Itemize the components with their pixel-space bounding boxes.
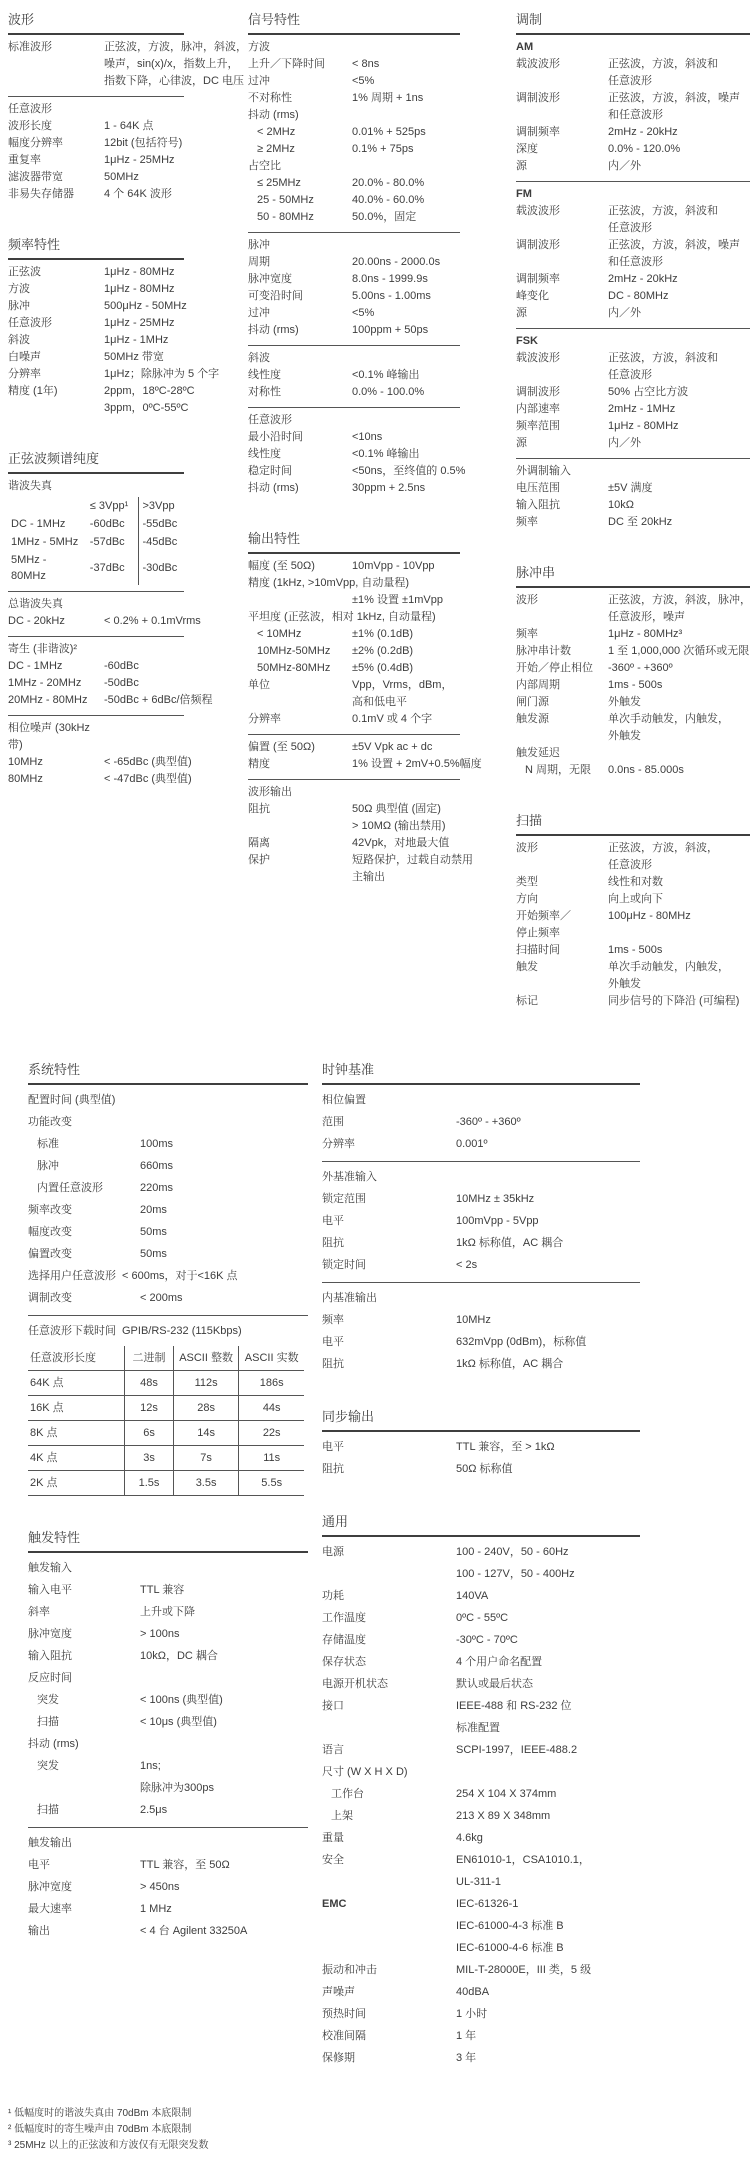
spec-label: 频率 — [516, 514, 608, 531]
spec-row: 振动和冲击MIL-T-28000E，III 类，5 级 — [322, 1959, 640, 1981]
spec-row: 触发输入 — [28, 1557, 308, 1579]
spec-value: 1μHz；除脉冲为 5 个字 — [104, 366, 184, 383]
spec-value: 100ms — [140, 1133, 308, 1155]
spec-value-line: 10mVpp - 10Vpp — [352, 558, 460, 575]
spec-label: 预热时间 — [322, 2003, 456, 2025]
spec-value: 1kΩ 标称值，AC 耦合 — [456, 1353, 640, 1375]
spec-row: 过冲<5% — [248, 73, 460, 90]
spec-label: 锁定范围 — [322, 1188, 456, 1210]
table-header-cell: ASCII 整数 — [173, 1346, 239, 1371]
spec-label: 安全 — [322, 1849, 456, 1871]
spec-value-line: > 10MΩ (输出禁用) — [352, 818, 460, 835]
column-signal-output: 信号特性方波上升／下降时间< 8ns过冲<5%不对称性1% 周期 + 1ns抖动… — [248, 12, 460, 920]
spec-group: 外调制输入电压范围±5V 满度输入阻抗10kΩ频率DC 至 20kHz — [516, 458, 750, 537]
spec-row: 电平TTL 兼容，至 50Ω — [28, 1854, 308, 1876]
spec-value: 30ppm + 2.5ns — [352, 480, 460, 497]
spec-row: 范围-360º - +360º — [322, 1111, 640, 1133]
spec-label: 过冲 — [248, 73, 352, 90]
spec-value-line: 单次手动触发，内触发， — [608, 959, 750, 976]
spec-group: 正弦波1μHz - 80MHz方波1μHz - 80MHz脉冲500μHz - … — [8, 260, 184, 423]
spec-group: 总谐波失真DC - 20kHz< 0.2% + 0.1mVrms — [8, 591, 184, 636]
spec-value-line: 高和低电平 — [352, 694, 460, 711]
spec-label: 输入阻抗 — [28, 1645, 140, 1667]
spec-label: 线性度 — [248, 446, 352, 463]
spec-value-line: 任意波形，噪声 — [608, 609, 750, 626]
spec-value-line: 0.1mV 或 4 个字 — [352, 711, 460, 728]
column-system-trigger: 系统特性配置时间 (典型值)功能改变标准100ms脉冲660ms内置任意波形22… — [28, 1062, 308, 1976]
spec-section: 系统特性配置时间 (典型值)功能改变标准100ms脉冲660ms内置任意波形22… — [28, 1062, 308, 1502]
spec-value-line: 1 年 — [456, 2025, 640, 2047]
spec-value-line: 同步信号的下降沿 (可编程) — [608, 993, 750, 1010]
table-cell: -30dBc — [139, 551, 184, 585]
section-title: 扫描 — [516, 813, 750, 836]
spec-value-line: 5.00ns - 1.00ms — [352, 288, 460, 305]
spec-value-line: 任意波形 — [608, 220, 750, 237]
datasheet-page: 波形标准波形正弦波，方波，脉冲，斜波，噪声，sin(x)/x，指数上升，指数下降… — [0, 0, 750, 2183]
spec-group: 相位噪声 (30kHz 带)10MHz< -65dBc (典型值)80MHz< … — [8, 715, 184, 794]
spec-label: 方波 — [8, 281, 104, 298]
table-cell: 2K 点 — [28, 1471, 125, 1496]
spec-label: 80MHz — [8, 771, 104, 788]
spec-value: 0.1% + 75ps — [352, 141, 460, 158]
spec-label: ≤ 25MHz — [248, 175, 352, 192]
spec-label: 斜波 — [248, 350, 352, 367]
spec-value: <0.1% 峰输出 — [352, 446, 460, 463]
spec-value-line: 正弦波，方波，斜波和 — [608, 56, 750, 73]
spec-label: 内部周期 — [516, 677, 608, 694]
spec-row: 电平TTL 兼容，至 > 1kΩ — [322, 1436, 640, 1458]
spec-value-line: 1 - 64K 点 — [104, 118, 184, 135]
spec-value: < 600ms，对于<16K 点 — [122, 1265, 308, 1287]
table-header-row: ≤ 3Vpp¹>3Vpp — [8, 497, 184, 515]
section-title: 同步输出 — [322, 1409, 640, 1432]
spec-group: 波形正弦波，方波，斜波，脉冲，任意波形，噪声频率1μHz - 80MHz³脉冲串… — [516, 588, 750, 785]
table-header-cell — [8, 497, 87, 515]
spec-row: 电平100mVpp - 5Vpp — [322, 1210, 640, 1232]
spec-label: 标准波形 — [8, 39, 104, 56]
spec-group: 脉冲周期20.00ns - 2000.0s脉冲宽度8.0ns - 1999.9s… — [248, 232, 460, 345]
spec-value-line: TTL 兼容，至 50Ω — [140, 1854, 308, 1876]
spec-value: 0.0% - 120.0% — [608, 141, 750, 158]
spec-label: 扫描时间 — [516, 942, 608, 959]
spec-row: 类型线性和对数 — [516, 874, 750, 891]
spec-row: 触发源单次手动触发，内触发，外触发 — [516, 711, 750, 745]
spec-row: 工作台254 X 104 X 374mm — [322, 1783, 640, 1805]
spec-value-line: GPIB/RS-232 (115Kbps) — [122, 1320, 308, 1342]
spec-value: 1 MHz — [140, 1898, 308, 1920]
spec-label: 闸门源 — [516, 694, 608, 711]
spec-value-line: < -65dBc (典型值) — [104, 754, 184, 771]
spec-value-line: 1ns; — [140, 1755, 308, 1777]
spec-row: 扫描时间1ms - 500s — [516, 942, 750, 959]
spec-group: 波形正弦波，方波，斜波，任意波形类型线性和对数方向向上或向下开始频率／100μH… — [516, 836, 750, 1016]
spec-value: < 200ms — [140, 1287, 308, 1309]
spec-value-line: 主输出 — [352, 869, 460, 886]
spec-value-line: 标准配置 — [456, 1717, 640, 1739]
spec-value: 100ppm + 50ps — [352, 322, 460, 339]
spec-value-line: 140VA — [456, 1585, 640, 1607]
spec-row: 总谐波失真 — [8, 596, 184, 613]
spec-label: 脉冲宽度 — [248, 271, 352, 288]
spec-value-line: 500μHz - 50MHz — [104, 298, 184, 315]
spec-value: > 450ns — [140, 1876, 308, 1898]
spec-row: 调制波形50% 占空比方波 — [516, 384, 750, 401]
spec-value-line: 噪声，sin(x)/x，指数上升， — [104, 56, 184, 73]
spec-label: 调制频率 — [516, 124, 608, 141]
footnote-1: ¹ 低幅度时的谐波失真由 70dBm 本底限制 — [8, 2106, 209, 2122]
spec-value-line: < 0.2% + 0.1mVrms — [104, 613, 184, 630]
spec-row: 工作温度0ºC - 55ºC — [322, 1607, 640, 1629]
spec-group: 幅度 (至 50Ω)10mVpp - 10Vpp精度 (1kHz, >10mVp… — [248, 554, 460, 734]
spec-row: 输入阻抗10kΩ — [516, 497, 750, 514]
spec-row: 1MHz - 20MHz-50dBc — [8, 675, 184, 692]
spec-value-line: 正弦波，方波，斜波，噪声 — [608, 237, 750, 254]
spec-value: 正弦波，方波，斜波和任意波形 — [608, 203, 750, 237]
spec-value: < 10μs (典型值) — [140, 1711, 308, 1733]
spec-row: 方向向上或向下 — [516, 891, 750, 908]
spec-label: 调制改变 — [28, 1287, 140, 1309]
spec-label: EMC — [322, 1893, 456, 1915]
spec-label: 占空比 — [248, 158, 352, 175]
spec-label: AM — [516, 39, 608, 56]
spec-row: 分辨率0.1mV 或 4 个字 — [248, 711, 460, 728]
table-body: 64K 点48s112s186s16K 点12s28s44s8K 点6s14s2… — [28, 1371, 304, 1496]
spec-row: 对称性0.0% - 100.0% — [248, 384, 460, 401]
spec-row: 频率10MHz — [322, 1309, 640, 1331]
spec-value-line: -30ºC - 70ºC — [456, 1629, 640, 1651]
spec-row: 单位Vpp，Vrms，dBm，高和低电平 — [248, 677, 460, 711]
spec-value-line: 除脉冲为300ps — [140, 1777, 308, 1799]
spec-value: 1 - 64K 点 — [104, 118, 184, 135]
spec-row: 波形输出 — [248, 784, 460, 801]
spec-value: 4 个用户命名配置 — [456, 1651, 640, 1673]
spec-label: ≥ 2MHz — [248, 141, 352, 158]
spec-group: 触发输出电平TTL 兼容，至 50Ω脉冲宽度> 450ns最大速率1 MHz输出… — [28, 1827, 308, 1948]
spec-value-line: DC - 80MHz — [608, 288, 750, 305]
spec-value: 50ms — [140, 1221, 308, 1243]
spec-group: FSK载波波形正弦波，方波，斜波和任意波形调制波形50% 占空比方波内部速率2m… — [516, 328, 750, 458]
spec-row: 任意波形 — [8, 101, 184, 118]
spec-label: DC - 1MHz — [8, 658, 104, 675]
table-header-cell: 二进制 — [125, 1346, 174, 1371]
spec-value: 正弦波，方波，斜波，噪声和任意波形 — [608, 237, 750, 271]
table-head: 任意波形长度二进制ASCII 整数ASCII 实数 — [28, 1346, 304, 1371]
spec-value: 20.00ns - 2000.0s — [352, 254, 460, 271]
column-modulation-burst-sweep: 调制AM载波波形正弦波，方波，斜波和任意波形调制波形正弦波，方波，斜波，噪声和任… — [516, 12, 750, 1044]
spec-value: 0.0ns - 85.000s — [608, 762, 750, 779]
spec-label: 工作台 — [322, 1783, 456, 1805]
spec-value: 正弦波，方波，斜波，噪声和任意波形 — [608, 90, 750, 124]
spec-value: 10MHz ± 35kHz — [456, 1188, 640, 1210]
spec-row: 精度 (1年)2ppm，18ºC-28ºC3ppm，0ºC-55ºC — [8, 383, 184, 417]
spec-group: 方波上升／下降时间< 8ns过冲<5%不对称性1% 周期 + 1ns抖动 (rm… — [248, 35, 460, 232]
spec-value-line: 0.0% - 120.0% — [608, 141, 750, 158]
spec-row: < 2MHz0.01% + 525ps — [248, 124, 460, 141]
spec-label: 精度 (1kHz, >10mVpp, 自动量程) — [248, 575, 409, 592]
spec-value: 1 年 — [456, 2025, 640, 2047]
spec-label: 尺寸 (W X H X D) — [322, 1761, 456, 1783]
spec-label: 电源开机状态 — [322, 1673, 456, 1695]
spec-label: 峰变化 — [516, 288, 608, 305]
spec-row: ≤ 25MHz20.0% - 80.0% — [248, 175, 460, 192]
spec-group: 相位偏置范围-360º - +360º分辨率0.001º — [322, 1085, 640, 1161]
spec-value-line: 内／外 — [608, 305, 750, 322]
spec-row: 标准波形正弦波，方波，脉冲，斜波，噪声，sin(x)/x，指数上升，指数下降，心… — [8, 39, 184, 90]
spec-value: 20ms — [140, 1199, 308, 1221]
spec-row: 内部周期1ms - 500s — [516, 677, 750, 694]
spec-row: 波形正弦波，方波，斜波，脉冲，任意波形，噪声 — [516, 592, 750, 626]
spec-value-line: 8.0ns - 1999.9s — [352, 271, 460, 288]
spec-value: GPIB/RS-232 (115Kbps) — [122, 1320, 308, 1342]
spec-section: 通用电源100 - 240V，50 - 60Hz100 - 127V，50 - … — [322, 1514, 640, 2075]
spec-value: -50dBc + 6dBc/倍频程 — [104, 692, 184, 709]
spec-value-line: ±5% (0.4dB) — [352, 660, 460, 677]
spec-value-line: 外触发 — [608, 728, 750, 745]
spec-row: 功能改变 — [28, 1111, 308, 1133]
spec-row: 寄生 (非谐波)² — [8, 641, 184, 658]
spec-row: 隔离42Vpk，对地最大值 — [248, 835, 460, 852]
table-cell: 6s — [125, 1421, 174, 1446]
spec-label: 调制频率 — [516, 271, 608, 288]
spec-row: DC - 1MHz-60dBc — [8, 658, 184, 675]
spec-label: 反应时间 — [28, 1667, 140, 1689]
spec-label: 外调制输入 — [516, 463, 608, 480]
spec-label: 任意波形 — [248, 412, 352, 429]
spec-row: 斜率上升或下降 — [28, 1601, 308, 1623]
spec-value: 50MHz 带宽 — [104, 349, 184, 366]
spec-value-line: 100ms — [140, 1133, 308, 1155]
spec-value: 50% 占空比方波 — [608, 384, 750, 401]
spec-value-line: 单次手动触发，内触发， — [608, 711, 750, 728]
spec-row: 开始频率／100μHz - 80MHz — [516, 908, 750, 925]
spec-label: 抖动 (rms) — [248, 322, 352, 339]
spec-value: 660ms — [140, 1155, 308, 1177]
column-waveforms: 波形标准波形正弦波，方波，脉冲，斜波，噪声，sin(x)/x，指数上升，指数下降… — [8, 12, 184, 822]
spec-value: 单次手动触发，内触发，外触发 — [608, 959, 750, 993]
spec-value: EN61010-1，CSA1010.1，UL-311-1 — [456, 1849, 640, 1893]
spec-value: <10ns — [352, 429, 460, 446]
section-title: 调制 — [516, 12, 750, 35]
spec-group: 内基准输出频率10MHz电平632mVpp (0dBm)，标称值阻抗1kΩ 标称… — [322, 1282, 640, 1381]
table-cell: 5MHz - 80MHz — [8, 551, 87, 585]
spec-label: 调制波形 — [516, 237, 608, 254]
spec-value-line: IEC-61326-1 — [456, 1893, 640, 1915]
spec-row: 幅度分辨率12bit (包括符号) — [8, 135, 184, 152]
spec-value-line: 任意波形 — [608, 73, 750, 90]
spec-row: 调制波形正弦波，方波，斜波，噪声和任意波形 — [516, 90, 750, 124]
spec-label: 偏置 (至 50Ω) — [248, 739, 352, 756]
spec-label: 存储温度 — [322, 1629, 456, 1651]
spec-label: 任意波形 — [8, 101, 104, 118]
spec-group: 标准波形正弦波，方波，脉冲，斜波，噪声，sin(x)/x，指数上升，指数下降，心… — [8, 35, 184, 96]
spec-row: 谐波失真 — [8, 478, 184, 495]
spec-row: 触发延迟 — [516, 745, 750, 762]
spec-label: 接口 — [322, 1695, 456, 1717]
spec-value: 1μHz - 80MHz — [104, 264, 184, 281]
spec-section: 同步输出电平TTL 兼容，至 > 1kΩ阻抗50Ω 标称值 — [322, 1409, 640, 1486]
spec-value-line: 20.00ns - 2000.0s — [352, 254, 460, 271]
spec-label: 20MHz - 80MHz — [8, 692, 104, 709]
spec-label: 调制波形 — [516, 384, 608, 401]
spec-label: 触发输入 — [28, 1557, 140, 1579]
spec-value: 50Ω 标称值 — [456, 1458, 640, 1480]
spec-row: 分辨率0.001º — [322, 1133, 640, 1155]
spec-value-line: UL-311-1 — [456, 1871, 640, 1893]
spec-value-line: 1μHz - 1MHz — [104, 332, 184, 349]
spec-row: 上升／下降时间< 8ns — [248, 56, 460, 73]
spec-value: 1ms - 500s — [608, 677, 750, 694]
spec-value-line: 默认或最后状态 — [456, 1673, 640, 1695]
spec-label: 声噪声 — [322, 1981, 456, 2003]
spec-row: 选择用户任意波形< 600ms，对于<16K 点 — [28, 1265, 308, 1287]
table-cell: 1MHz - 5MHz — [8, 533, 87, 551]
spec-value: 632mVpp (0dBm)，标称值 — [456, 1331, 640, 1353]
spec-value-line: < 8ns — [352, 56, 460, 73]
spec-value: < 2s — [456, 1254, 640, 1276]
spec-value-line: -360º - +360º — [456, 1111, 640, 1133]
spec-row: FM — [516, 186, 750, 203]
table-cell: 3.5s — [173, 1471, 239, 1496]
spec-label: 斜率 — [28, 1601, 140, 1623]
spec-value-line: 50Ω 标称值 — [456, 1458, 640, 1480]
spec-value: -50dBc — [104, 675, 184, 692]
spec-value: 1 至 1,000,000 次循环或无限 — [608, 643, 750, 660]
table-cell: -57dBc — [87, 533, 139, 551]
spec-row: 停止频率 — [516, 925, 750, 942]
spec-row: 偏置 (至 50Ω)±5V Vpk ac + dc — [248, 739, 460, 756]
spec-label: 输出 — [28, 1920, 140, 1942]
spec-row: 功耗140VA — [322, 1585, 640, 1607]
spec-value: <5% — [352, 73, 460, 90]
spec-label: 阻抗 — [322, 1232, 456, 1254]
spec-value-line: <5% — [352, 305, 460, 322]
spec-row: 脉冲 — [248, 237, 460, 254]
spec-value-line: 20.0% - 80.0% — [352, 175, 460, 192]
spec-value: 内／外 — [608, 435, 750, 452]
spec-value-line: 50ms — [140, 1221, 308, 1243]
spec-value: ±5V Vpk ac + dc — [352, 739, 460, 756]
spec-row: 反应时间 — [28, 1667, 308, 1689]
spec-value: 内／外 — [608, 305, 750, 322]
table-cell: 22s — [239, 1421, 304, 1446]
spec-value: 1% 设置 + 2mV+0.5%幅度 — [352, 756, 460, 773]
spec-value-line: 1 至 1,000,000 次循环或无限 — [608, 643, 750, 660]
spec-value-line: 内／外 — [608, 435, 750, 452]
spec-value: 3 年 — [456, 2047, 640, 2069]
spec-value: 40dBA — [456, 1981, 640, 2003]
spec-row: EMCIEC-61326-1IEC-61000-4-3 标准 BIEC-6100… — [322, 1893, 640, 1959]
spec-row: 深度0.0% - 120.0% — [516, 141, 750, 158]
spec-label: 调制波形 — [516, 90, 608, 107]
spec-row: AM — [516, 39, 750, 56]
spec-row: 载波波形正弦波，方波，斜波和任意波形 — [516, 350, 750, 384]
spec-row: ±1% 设置 ±1mVpp — [248, 592, 460, 609]
footnote-2: ² 低幅度时的寄生噪声由 70dBm 本底限制 — [8, 2122, 209, 2138]
spec-section: 时钟基准相位偏置范围-360º - +360º分辨率0.001º外基准输入锁定范… — [322, 1062, 640, 1381]
spec-row: FSK — [516, 333, 750, 350]
spec-value: 100mVpp - 5Vpp — [456, 1210, 640, 1232]
spec-row: 任意波形下载时间GPIB/RS-232 (115Kbps) — [28, 1320, 308, 1342]
spec-value-line: IEEE-488 和 RS-232 位 — [456, 1695, 640, 1717]
spec-row: 偏置改变50ms — [28, 1243, 308, 1265]
spec-label: 类型 — [516, 874, 608, 891]
spec-row: 50MHz-80MHz±5% (0.4dB) — [248, 660, 460, 677]
spec-value-line: 220ms — [140, 1177, 308, 1199]
spec-row: 阻抗1kΩ 标称值，AC 耦合 — [322, 1232, 640, 1254]
spec-label: DC - 20kHz — [8, 613, 104, 630]
spec-value: 140VA — [456, 1585, 640, 1607]
spec-row: 调制波形正弦波，方波，斜波，噪声和任意波形 — [516, 237, 750, 271]
spec-value-line: < 4 台 Agilent 33250A — [140, 1920, 308, 1942]
spec-row: 50 - 80MHz50.0%，固定 — [248, 209, 460, 226]
spec-row: 突发< 100ns (典型值) — [28, 1689, 308, 1711]
spec-label: 内基准输出 — [322, 1287, 456, 1309]
spec-value-line: 213 X 89 X 348mm — [456, 1805, 640, 1827]
spec-row: 10MHz< -65dBc (典型值) — [8, 754, 184, 771]
spec-value: 50MHz — [104, 169, 184, 186]
spec-label: 源 — [516, 435, 608, 452]
spec-value-line: 正弦波，方波，脉冲，斜波， — [104, 39, 184, 56]
spec-value-line: 线性和对数 — [608, 874, 750, 891]
spec-value-line: 1μHz - 80MHz³ — [608, 626, 750, 643]
spec-label: < 2MHz — [248, 124, 352, 141]
spec-value: 5.00ns - 1.00ms — [352, 288, 460, 305]
spec-label: 滤波器带宽 — [8, 169, 104, 186]
spec-row: 白噪声50MHz 带宽 — [8, 349, 184, 366]
spec-label: 对称性 — [248, 384, 352, 401]
spec-label: 波形长度 — [8, 118, 104, 135]
spec-label: 上升／下降时间 — [248, 56, 352, 73]
spec-label: 脉冲 — [28, 1155, 140, 1177]
spec-value-line: 254 X 104 X 374mm — [456, 1783, 640, 1805]
table-cell: 16K 点 — [28, 1396, 125, 1421]
spec-label: 工作温度 — [322, 1607, 456, 1629]
column-clock-sync-general: 时钟基准相位偏置范围-360º - +360º分辨率0.001º外基准输入锁定范… — [322, 1062, 640, 2103]
spec-label: 功耗 — [322, 1585, 456, 1607]
spec-group: 任意波形下载时间GPIB/RS-232 (115Kbps)任意波形长度二进制AS… — [28, 1315, 308, 1502]
spec-row: 配置时间 (典型值) — [28, 1089, 308, 1111]
spec-value: 10mVpp - 10Vpp — [352, 558, 460, 575]
spec-row: 脉冲660ms — [28, 1155, 308, 1177]
spec-value-line: 2mHz - 1MHz — [608, 401, 750, 418]
spec-label: 可变沿时间 — [248, 288, 352, 305]
spec-value: 0.0% - 100.0% — [352, 384, 460, 401]
spec-row: 重复率1μHz - 25MHz — [8, 152, 184, 169]
spec-value-line: 1 MHz — [140, 1898, 308, 1920]
section-title: 时钟基准 — [322, 1062, 640, 1085]
spec-label: 10MHz — [8, 754, 104, 771]
spec-value: 正弦波，方波，斜波，任意波形 — [608, 840, 750, 874]
spec-row: 抖动 (rms)100ppm + 50ps — [248, 322, 460, 339]
table-cell: 3s — [125, 1446, 174, 1471]
spec-label: 标记 — [516, 993, 608, 1010]
spec-value-line: 2mHz - 20kHz — [608, 271, 750, 288]
spec-value: 1μHz - 25MHz — [104, 152, 184, 169]
spec-value-line: 外触发 — [608, 976, 750, 993]
spec-group: FM载波波形正弦波，方波，斜波和任意波形调制波形正弦波，方波，斜波，噪声和任意波… — [516, 181, 750, 328]
spec-row: 电压范围±5V 满度 — [516, 480, 750, 497]
spec-value: -60dBc — [104, 658, 184, 675]
section-title: 输出特性 — [248, 531, 460, 554]
spec-value: 50ms — [140, 1243, 308, 1265]
table-row: 2K 点1.5s3.5s5.5s — [28, 1471, 304, 1496]
spec-row: 闸门源外触发 — [516, 694, 750, 711]
spec-value-line: 内／外 — [608, 158, 750, 175]
spec-row: 相位偏置 — [322, 1089, 640, 1111]
spec-row: ≥ 2MHz0.1% + 75ps — [248, 141, 460, 158]
spec-value-line: SCPI-1997，IEEE-488.2 — [456, 1739, 640, 1761]
spec-label: 寄生 (非谐波)² — [8, 641, 104, 658]
